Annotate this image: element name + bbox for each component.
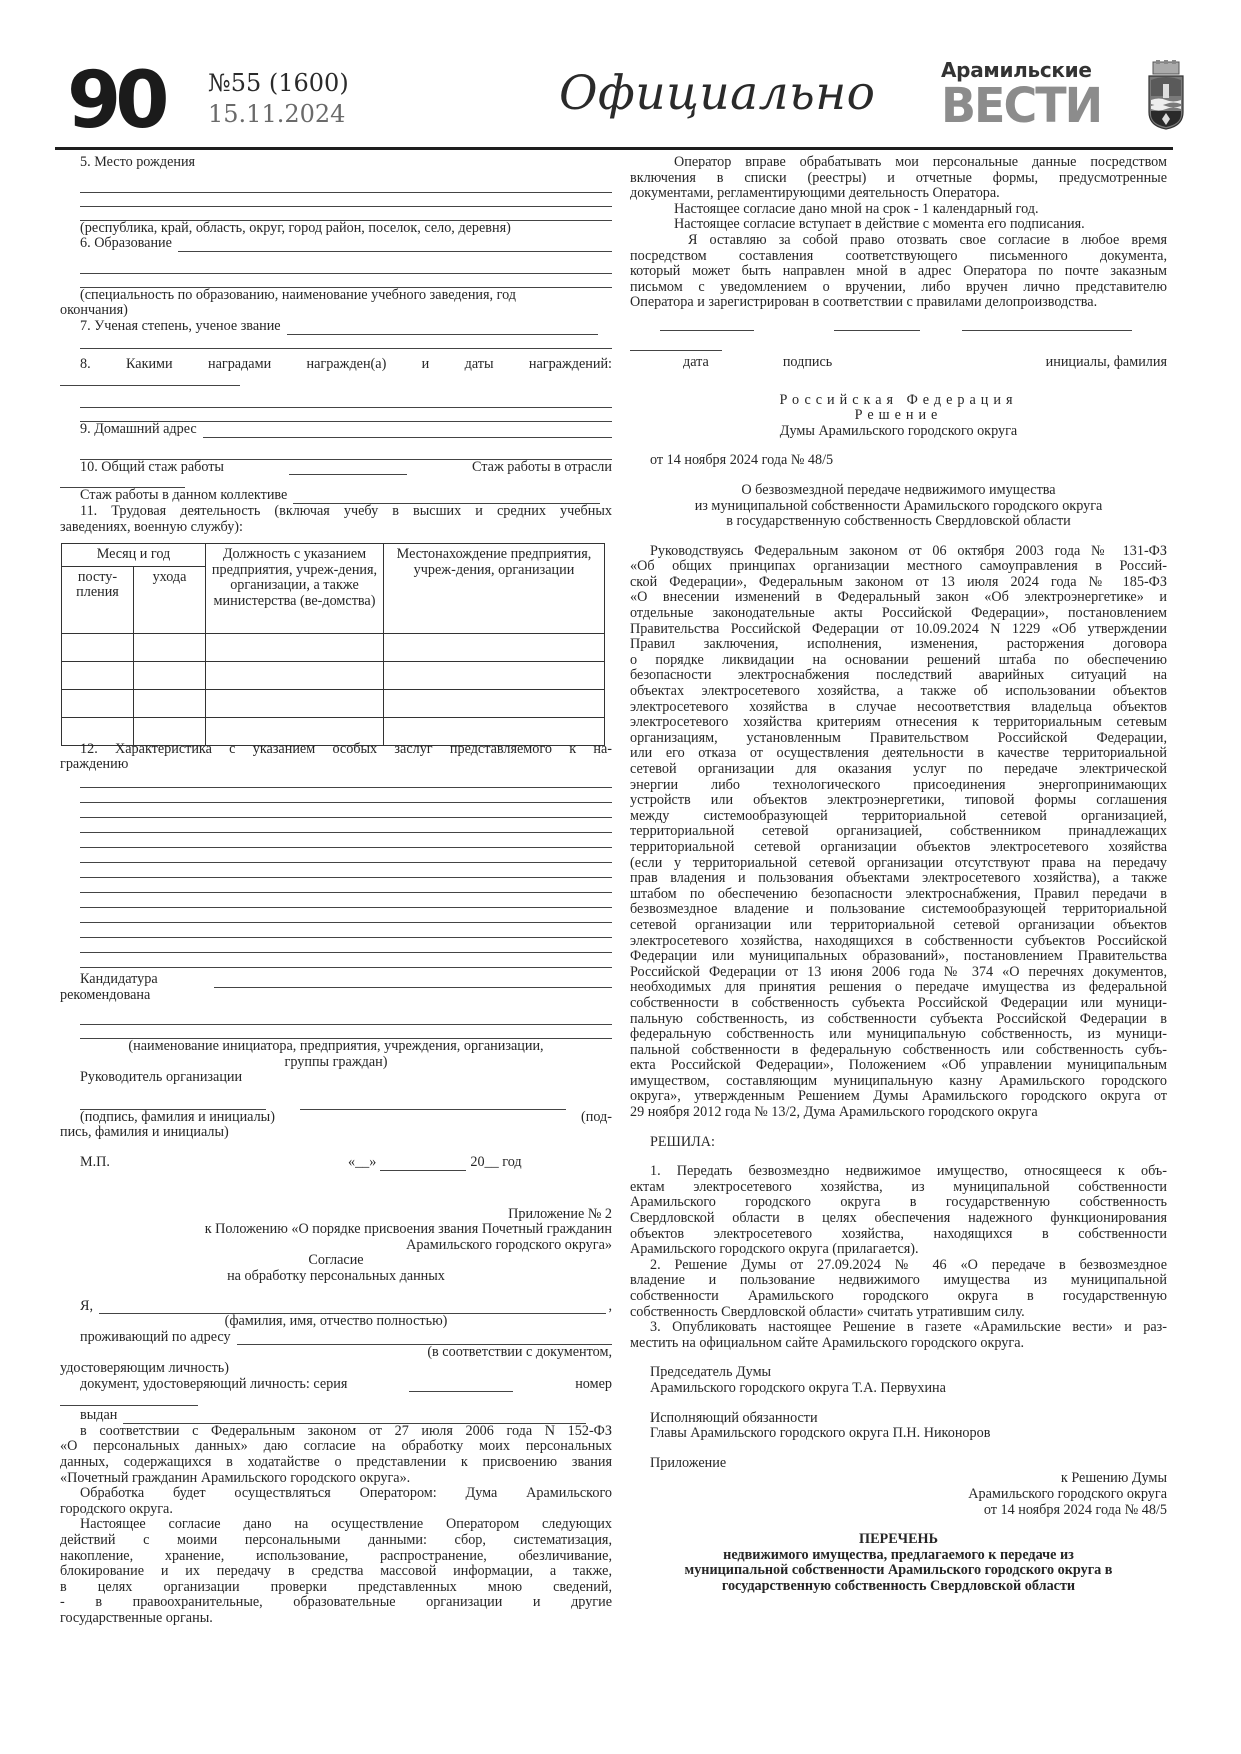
actions-line: Настоящее согласие дано на осуществление… <box>60 1517 612 1533</box>
education-line-2[interactable] <box>80 260 612 274</box>
initiator-hint: (наименование инициатора, предприятия, у… <box>60 1039 612 1055</box>
field-characteristic-label: 12. Характеристика с указанием особых за… <box>60 742 612 758</box>
table-cell[interactable] <box>206 661 384 689</box>
issue-date: 15.11.2024 <box>208 102 345 126</box>
sig-name-line[interactable] <box>962 319 1132 331</box>
decision-title: Решение <box>630 408 1167 424</box>
characteristic-line[interactable] <box>80 788 612 803</box>
coat-of-arms-icon <box>1147 60 1185 130</box>
table-cell[interactable] <box>206 633 384 661</box>
law-line: «О персональных данных» даю согласие на … <box>60 1439 612 1455</box>
preamble-line: екта Российской Федерации», Положением «… <box>630 1058 1167 1074</box>
characteristic-line[interactable] <box>80 938 612 953</box>
table-row <box>62 661 605 689</box>
law-line: в соответствии с Федеральным законом от … <box>60 1424 612 1440</box>
awards-line-3[interactable] <box>80 408 612 422</box>
issued-by-line[interactable] <box>123 1412 586 1424</box>
sig-date-line[interactable] <box>660 319 754 331</box>
preamble-line: Правительства Российской Федерации от 10… <box>630 622 1167 638</box>
actions-line: действий с моими персональными данными: … <box>60 1533 612 1549</box>
education-hint: (специальность по образованию, наименова… <box>60 288 612 304</box>
i-label: Я, <box>80 1299 93 1315</box>
field-industry-experience-label: Стаж работы в отрасли <box>472 460 612 476</box>
right-column: Оператор вправе обрабатывать мои персона… <box>630 155 1167 1595</box>
preamble-line: пальной собственности в федеральную собс… <box>630 1043 1167 1059</box>
subject-line: в государственную собственность Свердлов… <box>630 514 1167 530</box>
point1-line: Свердловской области в целях обеспечения… <box>630 1211 1167 1227</box>
characteristic-line[interactable] <box>80 863 612 878</box>
preamble-line: сетевой организации или территориальной … <box>630 918 1167 934</box>
preamble-line: 29 ноября 2012 года № 13/2, Дума Арамиль… <box>630 1105 1167 1121</box>
acting-title: Исполняющий обязанности <box>630 1411 1167 1427</box>
initiator-line-2[interactable] <box>80 1025 612 1039</box>
preamble-line: ской Федерации», Федеральным законом от … <box>630 575 1167 591</box>
field-degree-label: 7. Ученая степень, ученое звание <box>80 319 281 335</box>
table-row <box>62 633 605 661</box>
id-number-line[interactable] <box>60 1392 198 1406</box>
preamble-line: Правил заключения, исполнения, изменения… <box>630 637 1167 653</box>
id-document-label: документ, удостоверяющий личность: серия <box>80 1377 347 1393</box>
residence-label: проживающий по адресу <box>80 1330 231 1346</box>
operator-paragraph: Обработка будет осуществляться Операторо… <box>60 1486 612 1517</box>
issued-by-label: выдан <box>80 1408 117 1424</box>
preamble-line: сетевой организации для оказания услуг п… <box>630 762 1167 778</box>
operator-lists-line: включения в списки (реестры) и отчетные … <box>630 171 1167 187</box>
characteristic-lines <box>60 773 612 968</box>
sig-name-label: инициалы, фамилия <box>1046 355 1167 371</box>
table-cell[interactable] <box>134 633 206 661</box>
table-cell[interactable] <box>62 633 134 661</box>
preamble-line: «О внесении изменений в Федеральный зако… <box>630 590 1167 606</box>
col-admission: посту- пления <box>62 566 134 633</box>
preamble-line: Федерации или муниципальных образований»… <box>630 949 1167 965</box>
col-position: Должность с указанием предприятия, учреж… <box>206 544 384 634</box>
list-subtitle-line: государственную собственность Свердловск… <box>630 1579 1167 1595</box>
field-work-history-label-cont: заведениях, военную службу): <box>60 520 612 536</box>
attachment-reference-line: к Решению Думы <box>630 1471 1167 1487</box>
preamble-line: между системообразующей территориальной … <box>630 809 1167 825</box>
characteristic-line[interactable] <box>80 833 612 848</box>
operator-lists-line: Оператор вправе обрабатывать мои персона… <box>630 155 1167 171</box>
point3-line: местить на официальном сайте Арамильског… <box>630 1336 1167 1352</box>
birthplace-line-2[interactable] <box>80 193 612 207</box>
point1-line: Арамильского городского округа в государ… <box>630 1195 1167 1211</box>
preamble-line: Российской Федерации от 13 июня 2006 год… <box>630 965 1167 981</box>
field-characteristic-label-cont: граждению <box>60 757 612 773</box>
characteristic-line[interactable] <box>80 848 612 863</box>
preamble-line: организациям, установленным Правительств… <box>630 731 1167 747</box>
operator-line: городского округа. <box>60 1502 612 1518</box>
consent-term: Настоящее согласие дано мной на срок - 1… <box>630 202 1167 218</box>
revoke-line: посредством составления соответствующего… <box>630 249 1167 265</box>
preamble-line: о порядке ликвидации на основании решени… <box>630 653 1167 669</box>
preamble-line: (если у территориальной сетевой организа… <box>630 856 1167 872</box>
awards-line-1[interactable] <box>60 372 240 386</box>
decision-subject: О безвозмездной передаче недвижимого иму… <box>630 483 1167 530</box>
actions-line: в целях организации проверки представлен… <box>60 1580 612 1596</box>
signature-hint-end: пись, фамилия и инициалы) <box>60 1125 612 1141</box>
operator-lists-line: документами, регламентирующими деятельно… <box>630 186 1167 202</box>
address-line-2[interactable] <box>80 446 612 460</box>
appendix-reference: к Положению «О порядке присвоения звания… <box>60 1222 612 1238</box>
table-cell[interactable] <box>134 661 206 689</box>
law-line: данных, содержащихся в ходатайстве о пре… <box>60 1455 612 1471</box>
point1-line: объектов электросетевого хозяйства, нахо… <box>630 1227 1167 1243</box>
preamble-line: Руководствуясь Федеральным законом от 06… <box>630 544 1167 560</box>
work-history-table: Месяц и год Должность с указанием предпр… <box>61 543 605 746</box>
sig-signature-line[interactable] <box>834 319 920 331</box>
issue-number: №55 (1600) <box>208 71 349 95</box>
awards-line-2[interactable] <box>80 394 612 408</box>
col-month-year: Месяц и год <box>62 544 206 567</box>
actions-paragraph: Настоящее согласие дано на осуществление… <box>60 1517 612 1626</box>
education-hint-cont: окончания) <box>60 303 612 319</box>
preamble-line: необходимых для принятия решения о перед… <box>630 980 1167 996</box>
sig-signature-label: подпись <box>783 355 832 371</box>
masthead: 90 №55 (1600) 15.11.2024 Официально Арам… <box>55 40 1173 148</box>
operator-line: Обработка будет осуществляться Операторо… <box>60 1486 612 1502</box>
point2-line: владение и пользование недвижимого имуще… <box>630 1273 1167 1289</box>
chair-name: Арамильского городского округа Т.А. Перв… <box>630 1381 1167 1397</box>
preamble-line: имуществом, составляющим муниципальную к… <box>630 1074 1167 1090</box>
col-departure: ухода <box>134 566 206 633</box>
characteristic-line[interactable] <box>80 878 612 893</box>
header-rule <box>55 147 1173 150</box>
appendix-reference-cont: Арамильского городского округа» <box>60 1238 612 1254</box>
signature-hint: (подпись, фамилия и инициалы) <box>80 1110 275 1126</box>
revoke-line: который может быть направлен мной в адре… <box>630 264 1167 280</box>
page-number: 90 <box>67 62 164 140</box>
head-of-organization-label: Руководитель организации <box>60 1070 612 1086</box>
head-name-line[interactable] <box>300 1098 566 1110</box>
actions-line: накопление, хранение, использование, рас… <box>60 1549 612 1565</box>
table-cell[interactable] <box>384 633 605 661</box>
appendix-title: Приложение № 2 <box>60 1207 612 1223</box>
full-name-hint: (фамилия, имя, отчество полностью) <box>60 1314 612 1330</box>
preamble-line: территориальной сетевой организации объе… <box>630 840 1167 856</box>
education-line-3[interactable] <box>80 274 612 288</box>
table-cell[interactable] <box>206 689 384 717</box>
id-number-label: номер <box>575 1377 612 1393</box>
col-location: Местонахождение предприятия, учреж-дения… <box>384 544 605 634</box>
point2-line: собственность Свердловской области» счит… <box>630 1305 1167 1321</box>
attachment-reference-line: от 14 ноября 2024 года № 48/5 <box>630 1503 1167 1519</box>
characteristic-line[interactable] <box>80 908 612 923</box>
field-address-label: 9. Домашний адрес <box>80 422 197 438</box>
preamble-line: безвозмездное владение и пользование сис… <box>630 902 1167 918</box>
consent-effective: Настоящее согласие вступает в действие с… <box>630 217 1167 233</box>
revoke-paragraph: Я оставляю за собой право отозвать свое … <box>630 233 1167 311</box>
residence-hint-cont: удостоверяющим личность) <box>60 1361 612 1377</box>
preamble-line: федеральную собственность или муниципаль… <box>630 1027 1167 1043</box>
address-line[interactable] <box>203 426 612 438</box>
preamble-line: устройств или объектов электроэнергетики… <box>630 793 1167 809</box>
law-line: «Почетный гражданин Арамильского городск… <box>60 1471 612 1487</box>
field-awards-label: 8. Какими наградами награжден(а) и даты … <box>60 357 612 373</box>
preamble-line: объектах электросетевого хозяйства, а та… <box>630 684 1167 700</box>
preamble-line: или его отказа от осуществления деятельн… <box>630 746 1167 762</box>
decision-point-1: 1. Передать безвозмездно недвижимое имущ… <box>630 1164 1167 1258</box>
revoke-line: Я оставляю за собой право отозвать свое … <box>630 233 1167 249</box>
characteristic-line[interactable] <box>80 953 612 968</box>
chair-title: Председатель Думы <box>630 1365 1167 1381</box>
characteristic-line[interactable] <box>80 923 612 938</box>
actions-line: - в правоохранительные, образовательные … <box>60 1595 612 1611</box>
decision-point-3: 3. Опубликовать настоящее Решение в газе… <box>630 1320 1167 1351</box>
decision-resolved: РЕШИЛА: <box>630 1135 1167 1151</box>
list-subtitle: недвижимого имущества, предлагаемого к п… <box>630 1548 1167 1595</box>
attachment-reference: к Решению ДумыАрамильского городского ок… <box>630 1471 1167 1518</box>
attachment-reference-line: Арамильского городского округа <box>630 1487 1167 1503</box>
characteristic-line[interactable] <box>80 893 612 908</box>
logo-main-text: ВЕСТИ <box>941 81 1091 129</box>
candidacy-label-cont: рекомендована <box>60 988 612 1004</box>
law-paragraph: в соответствии с Федеральным законом от … <box>60 1424 612 1486</box>
characteristic-line[interactable] <box>80 818 612 833</box>
field-total-experience-label: 10. Общий стаж работы <box>80 460 224 476</box>
sig-date-label: дата <box>683 355 709 371</box>
decision-federation: Российская Федерация <box>630 393 1167 409</box>
preamble-line: электросетевого хозяйства критериям отне… <box>630 715 1167 731</box>
education-line-1[interactable] <box>178 240 612 252</box>
point1-line: 1. Передать безвозмездно недвижимое имущ… <box>630 1164 1167 1180</box>
degree-line[interactable] <box>287 323 598 335</box>
newspaper-logo: Арамильские ВЕСТИ <box>941 60 1091 127</box>
date-year: 20__ год <box>470 1155 521 1171</box>
subject-line: О безвозмездной передаче недвижимого иму… <box>630 483 1167 499</box>
birthplace-line-3[interactable] <box>80 207 612 221</box>
characteristic-line[interactable] <box>80 803 612 818</box>
preamble-line: энергии либо технологического присоедине… <box>630 778 1167 794</box>
initiator-hint-cont: группы граждан) <box>60 1055 612 1071</box>
section-title: Официально <box>559 70 875 117</box>
field-birthplace-label: 5. Место рождения <box>60 155 612 171</box>
candidacy-label: Кандидатура <box>80 972 158 988</box>
field-education-label: 6. Образование <box>80 236 172 252</box>
birthplace-hint: (республика, край, область, округ, город… <box>60 221 612 237</box>
table-cell[interactable] <box>62 689 134 717</box>
table-cell[interactable] <box>62 661 134 689</box>
acting-name: Главы Арамильского городского округа П.Н… <box>630 1426 1167 1442</box>
revoke-line: Оператора и зарегистрирован в соответств… <box>630 295 1167 311</box>
preamble-line: территориальной сетевой организацией, со… <box>630 824 1167 840</box>
preamble-line: безопасности электроснабжения последстви… <box>630 668 1167 684</box>
preamble-line: электросетевого хозяйства, находящихся в… <box>630 934 1167 950</box>
decision-point-2: 2. Решение Думы от 27.09.2024 № 46 «О пе… <box>630 1258 1167 1320</box>
point2-line: собственности Арамильского городского ок… <box>630 1289 1167 1305</box>
field-work-history-label: 11. Трудовая деятельность (включая учебу… <box>60 504 612 520</box>
point3-line: 3. Опубликовать настоящее Решение в газе… <box>630 1320 1167 1336</box>
decision-preamble: Руководствуясь Федеральным законом от 06… <box>630 544 1167 1121</box>
signature-hint-cont: (под- <box>581 1110 612 1126</box>
table-row <box>62 689 605 717</box>
sig-extra-line[interactable] <box>630 337 722 351</box>
list-subtitle-line: муниципальной собственности Арамильского… <box>630 1563 1167 1579</box>
degree-line-2[interactable] <box>80 335 612 349</box>
preamble-line: электросетевого хозяйства в случае несоо… <box>630 700 1167 716</box>
residence-hint: (в соответствии с документом, <box>60 1345 612 1361</box>
field-team-experience-label: Стаж работы в данном коллективе <box>80 488 287 504</box>
preamble-line: округа», утвержденным Решением Думы Арам… <box>630 1089 1167 1105</box>
preamble-line: прав владения и пользования объектами эл… <box>630 871 1167 887</box>
table-cell[interactable] <box>384 689 605 717</box>
initiator-line-1[interactable] <box>80 1011 612 1025</box>
characteristic-line[interactable] <box>80 773 612 788</box>
decision-body: Думы Арамильского городского округа <box>630 424 1167 440</box>
consent-title: Согласие <box>60 1253 612 1269</box>
list-title: ПЕРЕЧЕНЬ <box>630 1532 1167 1548</box>
table-cell[interactable] <box>384 661 605 689</box>
total-experience-line[interactable] <box>289 463 407 475</box>
id-series-line[interactable] <box>409 1380 513 1392</box>
operator-lists-paragraph: Оператор вправе обрабатывать мои персона… <box>630 155 1167 202</box>
attachment-label: Приложение <box>630 1456 1167 1472</box>
subject-line: из муниципальной собственности Арамильск… <box>630 499 1167 515</box>
left-column-nomination-form: 5. Место рождения (республика, край, обл… <box>60 155 612 1627</box>
date-day: «__» <box>348 1155 376 1171</box>
candidacy-line[interactable] <box>214 976 612 988</box>
preamble-line: «Об общих принципах организации местного… <box>630 559 1167 575</box>
date-month-line[interactable] <box>380 1159 466 1171</box>
birthplace-line-1[interactable] <box>80 179 612 193</box>
preamble-line: пальную собственность, из собственности … <box>630 1012 1167 1028</box>
list-subtitle-line: недвижимого имущества, предлагаемого к п… <box>630 1548 1167 1564</box>
preamble-line: штабом по обеспечению безопасности элект… <box>630 887 1167 903</box>
stamp-label: М.П. <box>80 1155 110 1171</box>
decision-date-number: от 14 ноября 2024 года № 48/5 <box>630 453 1167 469</box>
preamble-line: собственности в собственность субъекта Р… <box>630 996 1167 1012</box>
actions-line: государственные органы. <box>60 1611 612 1627</box>
point2-line: 2. Решение Думы от 27.09.2024 № 46 «О пе… <box>630 1258 1167 1274</box>
consent-subtitle: на обработку персональных данных <box>60 1269 612 1285</box>
point1-line: ектам электросетевого хозяйства, из муни… <box>630 1180 1167 1196</box>
point1-line: Арамильского городского округа (прилагае… <box>630 1242 1167 1258</box>
actions-line: блокирование и их передачу в средства ма… <box>60 1564 612 1580</box>
preamble-line: отдельные законодательные акты Российско… <box>630 606 1167 622</box>
revoke-line: письмом с уведомлением о вручении, либо … <box>630 280 1167 296</box>
table-cell[interactable] <box>134 689 206 717</box>
